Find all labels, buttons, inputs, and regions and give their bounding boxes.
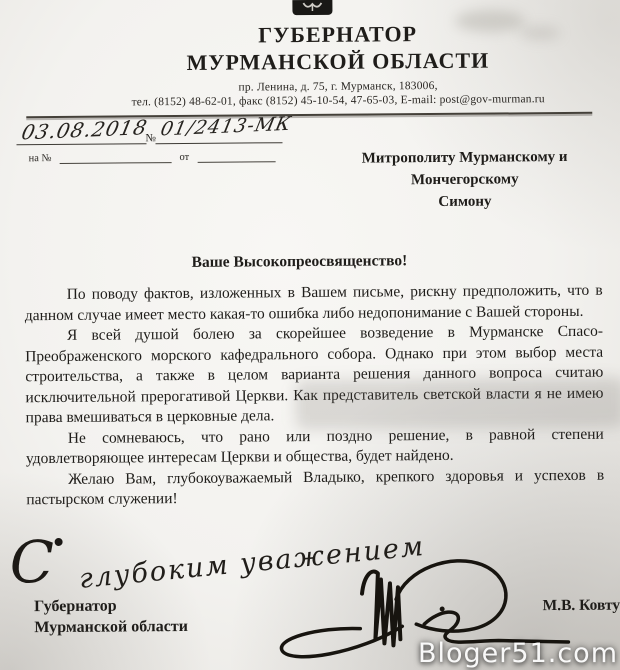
reply-prefix-label: на № bbox=[29, 153, 52, 164]
reply-date-blank bbox=[197, 150, 275, 163]
recipient-line1: Митрополиту Мурманскому и bbox=[329, 146, 601, 170]
signer-title-line2: Мурманской области bbox=[34, 616, 188, 638]
watermark: Bloger51.com bbox=[418, 638, 618, 669]
handwritten-date: 03.08.2018 bbox=[19, 115, 149, 144]
scan-shadow-band bbox=[295, 378, 620, 431]
handwritten-closing-initial: С bbox=[10, 528, 55, 596]
body-paragraph: Не сомневаюсь, что рано или поздно решен… bbox=[26, 424, 604, 470]
signer-name: М.В. Ковту bbox=[542, 597, 620, 616]
number-sign: № bbox=[145, 132, 156, 144]
body-paragraph: По поводу фактов, изложенных в Вашем пис… bbox=[25, 281, 603, 327]
reply-from-label: от bbox=[179, 152, 189, 163]
handwritten-outgoing-number: 01/2413-МК bbox=[159, 113, 294, 141]
body-paragraph: Желаю Вам, глубокоуважаемый Владыко, кре… bbox=[26, 465, 604, 511]
pen-dot bbox=[55, 538, 63, 546]
date-underline bbox=[16, 143, 146, 145]
reply-number-blank bbox=[59, 151, 171, 164]
reply-reference-row: на № от bbox=[29, 150, 276, 164]
recipient-line3: Симону bbox=[329, 190, 601, 214]
recipient-line2: Мончегорскому bbox=[329, 168, 601, 192]
number-underline bbox=[155, 142, 282, 144]
salutation: Ваше Высокопреосвященство! bbox=[0, 251, 599, 274]
org-line2: МУРМАНСКОЙ ОБЛАСТИ bbox=[48, 45, 620, 77]
photo-smear bbox=[520, 26, 560, 40]
letter-document: ГУБЕРНАТОР МУРМАНСКОЙ ОБЛАСТИ пр. Ленина… bbox=[0, 0, 620, 670]
signer-title-block: Губернатор Мурманской области bbox=[34, 595, 188, 638]
letterhead-address: пр. Ленина, д. 75, г. Мурманск, 183006, … bbox=[53, 78, 620, 110]
recipient-block: Митрополиту Мурманскому и Мончегорскому … bbox=[329, 146, 602, 214]
handwritten-closing-words: глубоким уважением bbox=[78, 531, 427, 595]
photo-smear bbox=[455, 10, 525, 32]
signer-title-line1: Губернатор bbox=[34, 595, 188, 617]
coat-of-arms-emblem bbox=[291, 0, 333, 16]
scanned-letter-photo: ГУБЕРНАТОР МУРМАНСКОЙ ОБЛАСТИ пр. Ленина… bbox=[0, 0, 620, 670]
